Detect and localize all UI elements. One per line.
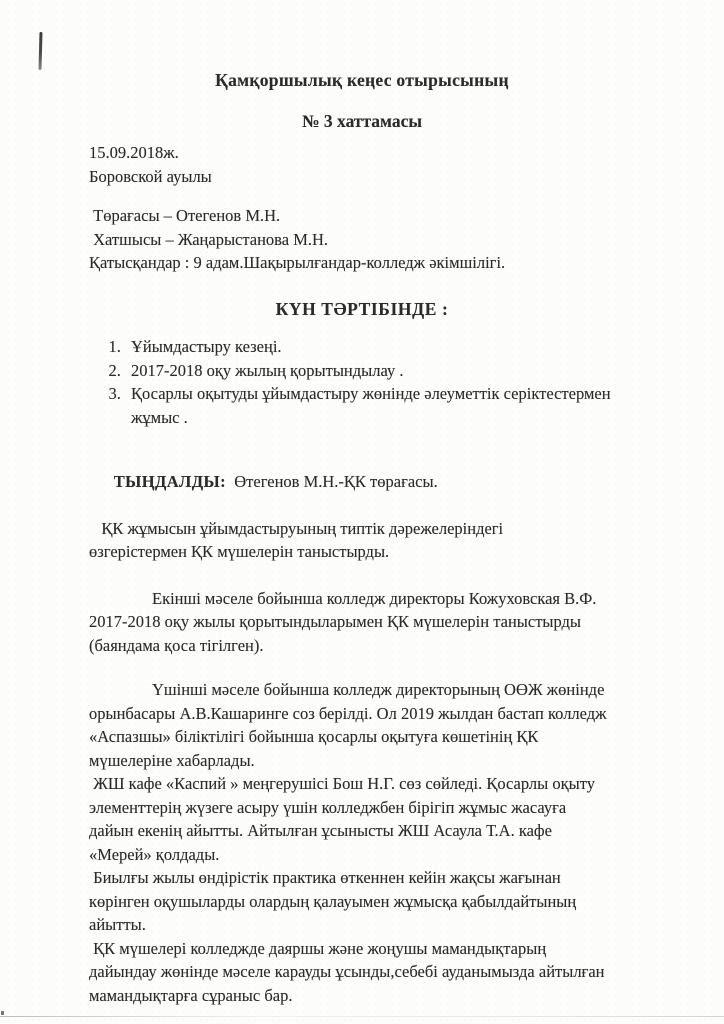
scanned-document-page: Қамқоршылық кеңес отырысының № 3 хаттама… bbox=[0, 0, 724, 1024]
heard-body: ҚК жұмысын ұйымдастыруының типтік дәреже… bbox=[89, 517, 668, 564]
text-line: элементтерің жүзеге асыру үшін колледжбе… bbox=[89, 796, 674, 820]
text-line: дайын екенің айытты. Айтылған ұсынысты Ж… bbox=[89, 819, 674, 843]
agenda-item: Қосарлы оқытуды ұйымдастыру жөнінде әлеу… bbox=[125, 382, 636, 429]
document-place: Боровской ауылы bbox=[89, 165, 724, 189]
paragraph-practice: Биылғы жылы өндірістік практика өткеннен… bbox=[0, 866, 724, 937]
paragraph-second-issue: Екінші мәселе бойынша колледж директоры … bbox=[0, 587, 724, 658]
text-line: мамандықтарға сұраныс бар. bbox=[89, 984, 674, 1008]
officials-block: Төрағасы – Отегенов М.Н. Хатшысы – Жаңар… bbox=[0, 204, 724, 275]
text-line: ЖШ кафе «Каспий » меңгерушісі Бош Н.Г. с… bbox=[89, 772, 674, 796]
scan-edge-artifact bbox=[0, 1016, 724, 1018]
text-line: 2017-2018 оқу жылы қорытындыларымен ҚК м… bbox=[89, 610, 674, 634]
text-line: айытты. bbox=[89, 913, 674, 937]
text-line: Үшінші мәселе бойынша колледж директорын… bbox=[89, 678, 674, 702]
heard-label: ТЫҢДАЛДЫ: bbox=[114, 472, 226, 491]
document-date: 15.09.2018ж. bbox=[89, 141, 724, 165]
paragraph-cafe-kaspiy: ЖШ кафе «Каспий » меңгерушісі Бош Н.Г. с… bbox=[0, 772, 724, 866]
text-line: «Аспазшы» біліктілігі бойынша қосарлы оқ… bbox=[89, 725, 674, 749]
scan-speck-artifact bbox=[1, 1011, 4, 1015]
agenda-heading: КҮН ТӘРТІБІНДЕ : bbox=[0, 298, 724, 322]
protocol-number: № 3 хаттамасы bbox=[0, 110, 724, 134]
paragraph-third-issue: Үшінші мәселе бойынша колледж директорын… bbox=[0, 678, 724, 772]
text-line: Биылғы жылы өндірістік практика өткеннен… bbox=[89, 866, 674, 890]
text-line: орынбасары А.В.Кашаринге соз берілді. Ол… bbox=[89, 702, 674, 726]
text-line: көрінген оқушыларды олардың қалауымен жұ… bbox=[89, 890, 674, 914]
text-line: ҚК мүшелері колледжде даяршы және жоңушы… bbox=[89, 937, 674, 961]
pen-stroke-artifact bbox=[39, 32, 43, 70]
text-line: (баяндама қоса тігілген). bbox=[89, 634, 674, 658]
secretary-line: Хатшысы – Жаңарыстанова М.Н. bbox=[89, 228, 724, 252]
chairman-line: Төрағасы – Отегенов М.Н. bbox=[89, 204, 724, 228]
agenda-item: 2017-2018 оқу жылың қорытындылау . bbox=[125, 359, 636, 383]
text-line: дайындау жөнінде мәселе карауды ұсынды,с… bbox=[89, 960, 674, 984]
text-line: ҚК жұмысын ұйымдастыруының типтік дәреже… bbox=[89, 517, 668, 541]
text-line: өзгерістермен ҚК мүшелерін таныстырды. bbox=[89, 540, 668, 564]
heard-speaker: Өтегенов М.Н.-ҚК төрағасы. bbox=[226, 472, 438, 491]
document-title: Қамқоршылық кеңес отырысының bbox=[0, 69, 724, 93]
heard-section: ТЫҢДАЛДЫ: Өтегенов М.Н.-ҚК төрағасы. ҚК … bbox=[0, 446, 724, 564]
text-line: мүшелеріне хабарлады. bbox=[89, 749, 674, 773]
agenda-item: Ұйымдастыру кезеңі. bbox=[125, 335, 636, 359]
meta-block: 15.09.2018ж. Боровской ауылы bbox=[0, 141, 724, 188]
agenda-list: Ұйымдастыру кезеңі. 2017-2018 оқу жылың … bbox=[0, 335, 724, 429]
text-line: «Мерей» қолдады. bbox=[89, 843, 674, 867]
paragraph-specialties: ҚК мүшелері колледжде даяршы және жоңушы… bbox=[0, 937, 724, 1008]
heard-header-line: ТЫҢДАЛДЫ: Өтегенов М.Н.-ҚК төрағасы. bbox=[89, 446, 668, 517]
attendees-line: Қатысқандар : 9 адам.Шақырылғандар-колле… bbox=[89, 251, 724, 275]
text-line: Екінші мәселе бойынша колледж директоры … bbox=[89, 587, 674, 611]
